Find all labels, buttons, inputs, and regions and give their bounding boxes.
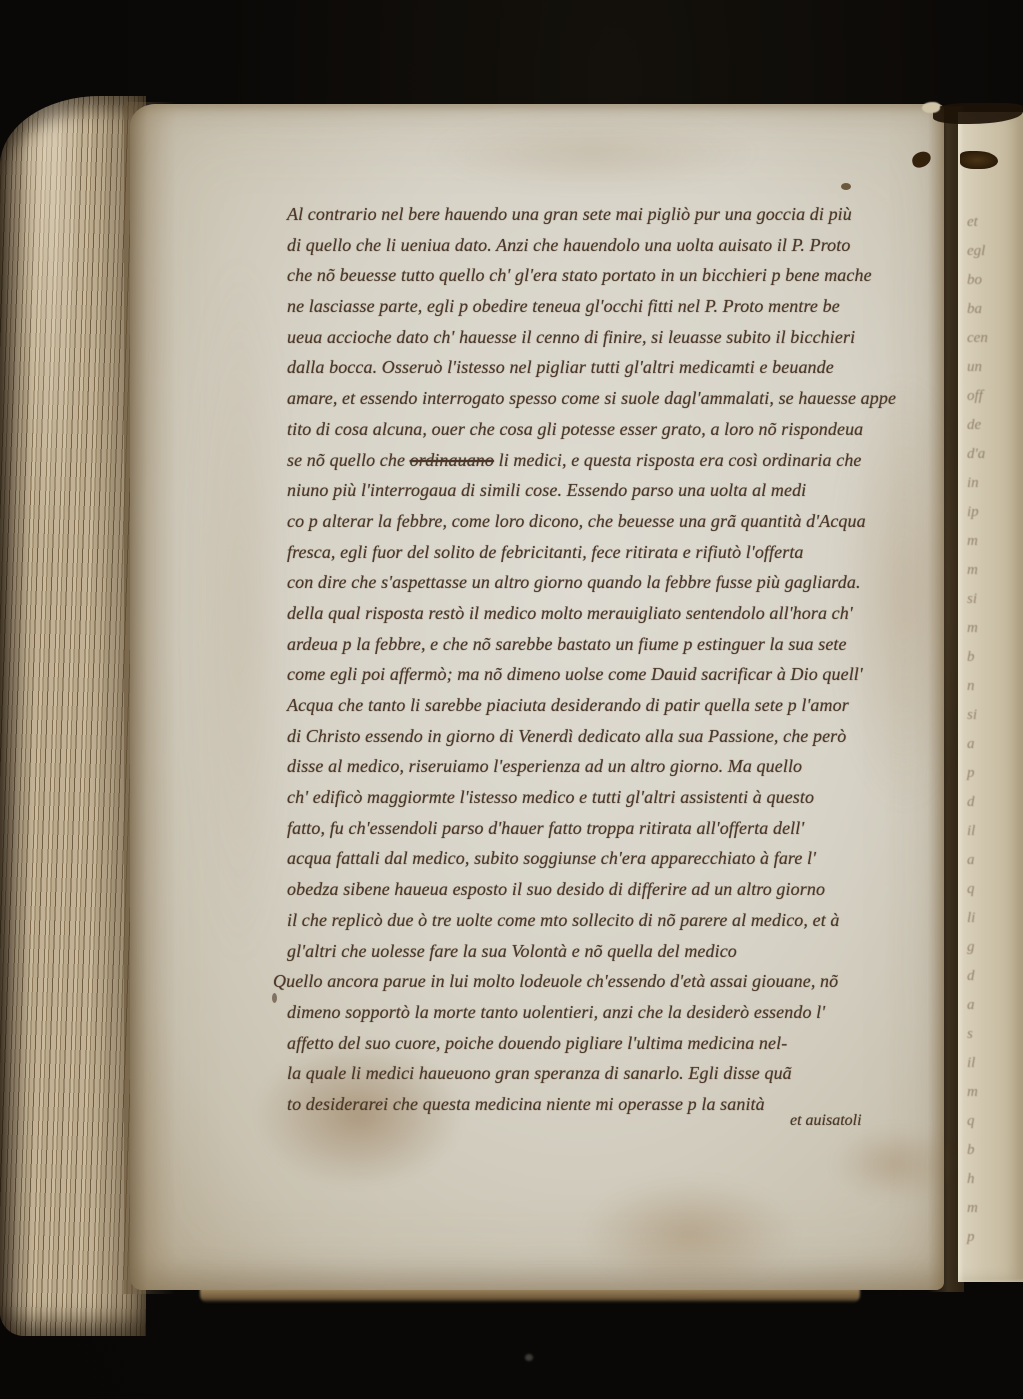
facing-line-fragment: d'a xyxy=(967,440,1023,469)
facing-line-fragment: q xyxy=(967,875,1023,904)
manuscript-line: ueua accioche dato ch' hauesse il cenno … xyxy=(287,322,945,353)
manuscript-line: niuno più l'interrogaua di simili cose. … xyxy=(287,475,945,506)
facing-line-fragment: b xyxy=(967,1136,1023,1165)
facing-line-fragment: n xyxy=(967,672,1023,701)
manuscript-line: dalla bocca. Osseruò l'istesso nel pigli… xyxy=(287,352,945,383)
line-segment: li medici, e questa risposta era così or… xyxy=(494,450,862,470)
manuscript-line: dimeno sopportò la morte tanto uolentier… xyxy=(287,997,945,1028)
manuscript-line: che nõ beuesse tutto quello ch' gl'era s… xyxy=(287,260,945,291)
facing-line-fragment: g xyxy=(967,933,1023,962)
manuscript-line: il che replicò due ò tre uolte come mto … xyxy=(287,905,945,936)
wormhole-mark xyxy=(960,151,998,169)
ink-speck xyxy=(272,993,277,1003)
under-page-edge xyxy=(200,1288,860,1303)
facing-line-fragment: et xyxy=(967,208,1023,237)
facing-line-fragment: a xyxy=(967,730,1023,759)
manuscript-line: fatto, fu ch'essendoli parso d'hauer fat… xyxy=(287,813,945,844)
manuscript-line: disse al medico, riseruiamo l'esperienza… xyxy=(287,751,945,782)
manuscript-line: acqua fattali dal medico, subito soggiun… xyxy=(287,843,945,874)
facing-line-fragment: ip xyxy=(967,498,1023,527)
facing-page-sliver: eteglbobacenunoffded'ainipmmsimbnsiapdil… xyxy=(958,112,1023,1282)
manuscript-line: di quello che li ueniua dato. Anzi che h… xyxy=(287,230,945,261)
facing-line-fragment: m xyxy=(967,614,1023,643)
facing-line-fragment: h xyxy=(967,1165,1023,1194)
facing-line-fragment: si xyxy=(967,701,1023,730)
facing-line-fragment: a xyxy=(967,991,1023,1020)
manuscript-line: ch' edificò maggiormte l'istesso medico … xyxy=(287,782,945,813)
manuscript-line: come egli poi affermò; ma nõ dimeno uols… xyxy=(287,659,945,690)
facing-line-fragment: a xyxy=(967,846,1023,875)
struck-word: ordinauano xyxy=(410,450,494,470)
ink-speck xyxy=(841,183,851,190)
facing-line-fragment: b xyxy=(967,643,1023,672)
manuscript-line: la quale li medici haueuono gran speranz… xyxy=(287,1058,945,1089)
facing-page-text: eteglbobacenunoffded'ainipmmsimbnsiapdil… xyxy=(958,112,1023,1252)
facing-line-fragment: li xyxy=(967,904,1023,933)
facing-line-fragment: egl xyxy=(967,237,1023,266)
manuscript-line-with-strikethrough: se nõ quello che ordinauano li medici, e… xyxy=(287,445,945,476)
manuscript-line: co p alterar la febbre, come loro dicono… xyxy=(287,506,945,537)
manuscript-line: ne lasciasse parte, egli p obedire teneu… xyxy=(287,291,945,322)
facing-line-fragment: m xyxy=(967,1194,1023,1223)
facing-line-fragment: p xyxy=(967,759,1023,788)
facing-line-fragment: p xyxy=(967,1223,1023,1252)
manuscript-line: Al contrario nel bere hauendo una gran s… xyxy=(287,199,945,230)
catchword: et auisatoli xyxy=(790,1112,862,1130)
line-segment: se nõ quello che xyxy=(287,450,410,470)
manuscript-line: della qual risposta restò il medico molt… xyxy=(287,598,945,629)
facing-line-fragment: q xyxy=(967,1107,1023,1136)
facing-line-fragment: bo xyxy=(967,266,1023,295)
facing-line-fragment: cen xyxy=(967,324,1023,353)
manuscript-line: obedza sibene haueua esposto il suo desi… xyxy=(287,874,945,905)
manuscript-line: Quello ancora parue in lui molto lodeuol… xyxy=(273,966,945,997)
manuscript-line: di Christo essendo in giorno di Venerdì … xyxy=(287,721,945,752)
facing-line-fragment: de xyxy=(967,411,1023,440)
facing-line-fragment: d xyxy=(967,788,1023,817)
manuscript-line: ardeua p la febbre, e che nõ sarebbe bas… xyxy=(287,629,945,660)
book-photo: Al contrario nel bere hauendo una gran s… xyxy=(0,0,1023,1399)
facing-line-fragment: d xyxy=(967,962,1023,991)
manuscript-line: affetto del suo cuore, poiche douendo pi… xyxy=(287,1028,945,1059)
facing-line-fragment: m xyxy=(967,556,1023,585)
paper-tuft xyxy=(922,102,940,113)
manuscript-line: con dire che s'aspettasse un altro giorn… xyxy=(287,567,945,598)
facing-line-fragment: in xyxy=(967,469,1023,498)
facing-line-fragment: il xyxy=(967,1049,1023,1078)
facing-line-fragment: si xyxy=(967,585,1023,614)
manuscript-line: tito di cosa alcuna, ouer che cosa gli p… xyxy=(287,414,945,445)
manuscript-line: amare, et essendo interrogato spesso com… xyxy=(287,383,945,414)
facing-line-fragment: ba xyxy=(967,295,1023,324)
facing-line-fragment: m xyxy=(967,1078,1023,1107)
manuscript-line: gl'altri che uolesse fare la sua Volontà… xyxy=(287,936,945,967)
facing-line-fragment: m xyxy=(967,527,1023,556)
dust-speck xyxy=(525,1354,533,1361)
manuscript-line: fresca, egli fuor del solito de febricit… xyxy=(287,537,945,568)
facing-line-fragment: un xyxy=(967,353,1023,382)
facing-line-fragment: off xyxy=(967,382,1023,411)
facing-line-fragment: il xyxy=(967,817,1023,846)
page-curve-shadow xyxy=(124,102,176,1294)
manuscript-text-block: Al contrario nel bere hauendo una gran s… xyxy=(287,199,945,1120)
facing-line-fragment: s xyxy=(967,1020,1023,1049)
manuscript-line: Acqua che tanto li sarebbe piaciuta desi… xyxy=(287,690,945,721)
